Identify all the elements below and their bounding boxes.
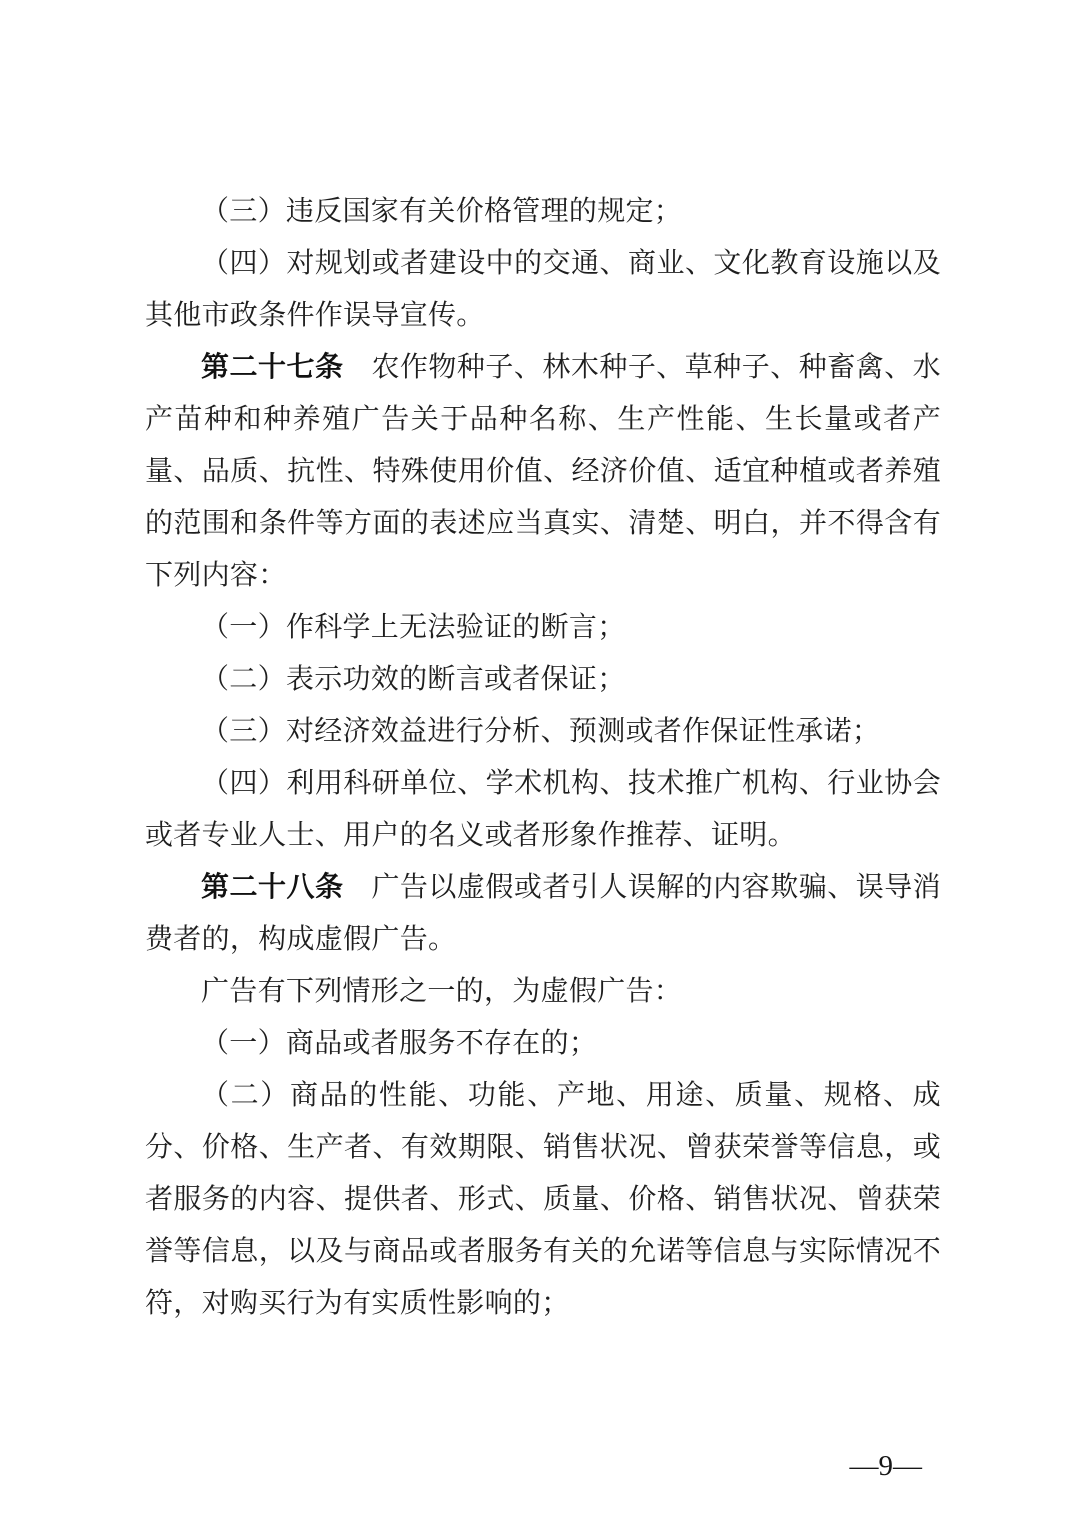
paragraph-text: （二）商品的性能、功能、产地、用途、质量、规格、成分、价格、生产者、有效期限、销… <box>145 1080 941 1319</box>
paragraph: 广告有下列情形之一的，为虚假广告： <box>145 966 941 1018</box>
paragraph-text: 广告有下列情形之一的，为虚假广告： <box>201 976 682 1007</box>
paragraph: 第二十八条广告以虚假或者引人误解的内容欺骗、误导消费者的，构成虚假广告。 <box>145 862 941 966</box>
paragraph: （一）作科学上无法验证的断言； <box>145 602 941 654</box>
paragraph: 第二十七条农作物种子、林木种子、草种子、种畜禽、水产苗种和种养殖广告关于品种名称… <box>145 342 941 602</box>
paragraph: （二）商品的性能、功能、产地、用途、质量、规格、成分、价格、生产者、有效期限、销… <box>145 1070 941 1330</box>
paragraph: （一）商品或者服务不存在的； <box>145 1018 941 1070</box>
document-body: （三）违反国家有关价格管理的规定； （四）对规划或者建设中的交通、商业、文化教育… <box>145 186 941 1330</box>
article-number: 第二十七条 <box>201 352 343 383</box>
paragraph-text: （一）商品或者服务不存在的； <box>201 1028 597 1059</box>
paragraph-text: （三）违反国家有关价格管理的规定； <box>201 196 682 227</box>
paragraph: （四）利用科研单位、学术机构、技术推广机构、行业协会或者专业人士、用户的名义或者… <box>145 758 941 862</box>
paragraph: （三）对经济效益进行分析、预测或者作保证性承诺； <box>145 706 941 758</box>
paragraph-text: 农作物种子、林木种子、草种子、种畜禽、水产苗种和种养殖广告关于品种名称、生产性能… <box>145 352 941 591</box>
paragraph: （三）违反国家有关价格管理的规定； <box>145 186 941 238</box>
paragraph-text: （三）对经济效益进行分析、预测或者作保证性承诺； <box>201 716 880 747</box>
paragraph-text: （一）作科学上无法验证的断言； <box>201 612 626 643</box>
paragraph: （二）表示功效的断言或者保证； <box>145 654 941 706</box>
document-page: （三）违反国家有关价格管理的规定； （四）对规划或者建设中的交通、商业、文化教育… <box>0 0 1074 1520</box>
article-number: 第二十八条 <box>201 872 343 903</box>
paragraph-text: （四）对规划或者建设中的交通、商业、文化教育设施以及其他市政条件作误导宣传。 <box>145 248 941 331</box>
page-number: —9— <box>850 1449 923 1483</box>
paragraph: （四）对规划或者建设中的交通、商业、文化教育设施以及其他市政条件作误导宣传。 <box>145 238 941 342</box>
paragraph-text: （四）利用科研单位、学术机构、技术推广机构、行业协会或者专业人士、用户的名义或者… <box>145 768 941 851</box>
paragraph-text: （二）表示功效的断言或者保证； <box>201 664 626 695</box>
